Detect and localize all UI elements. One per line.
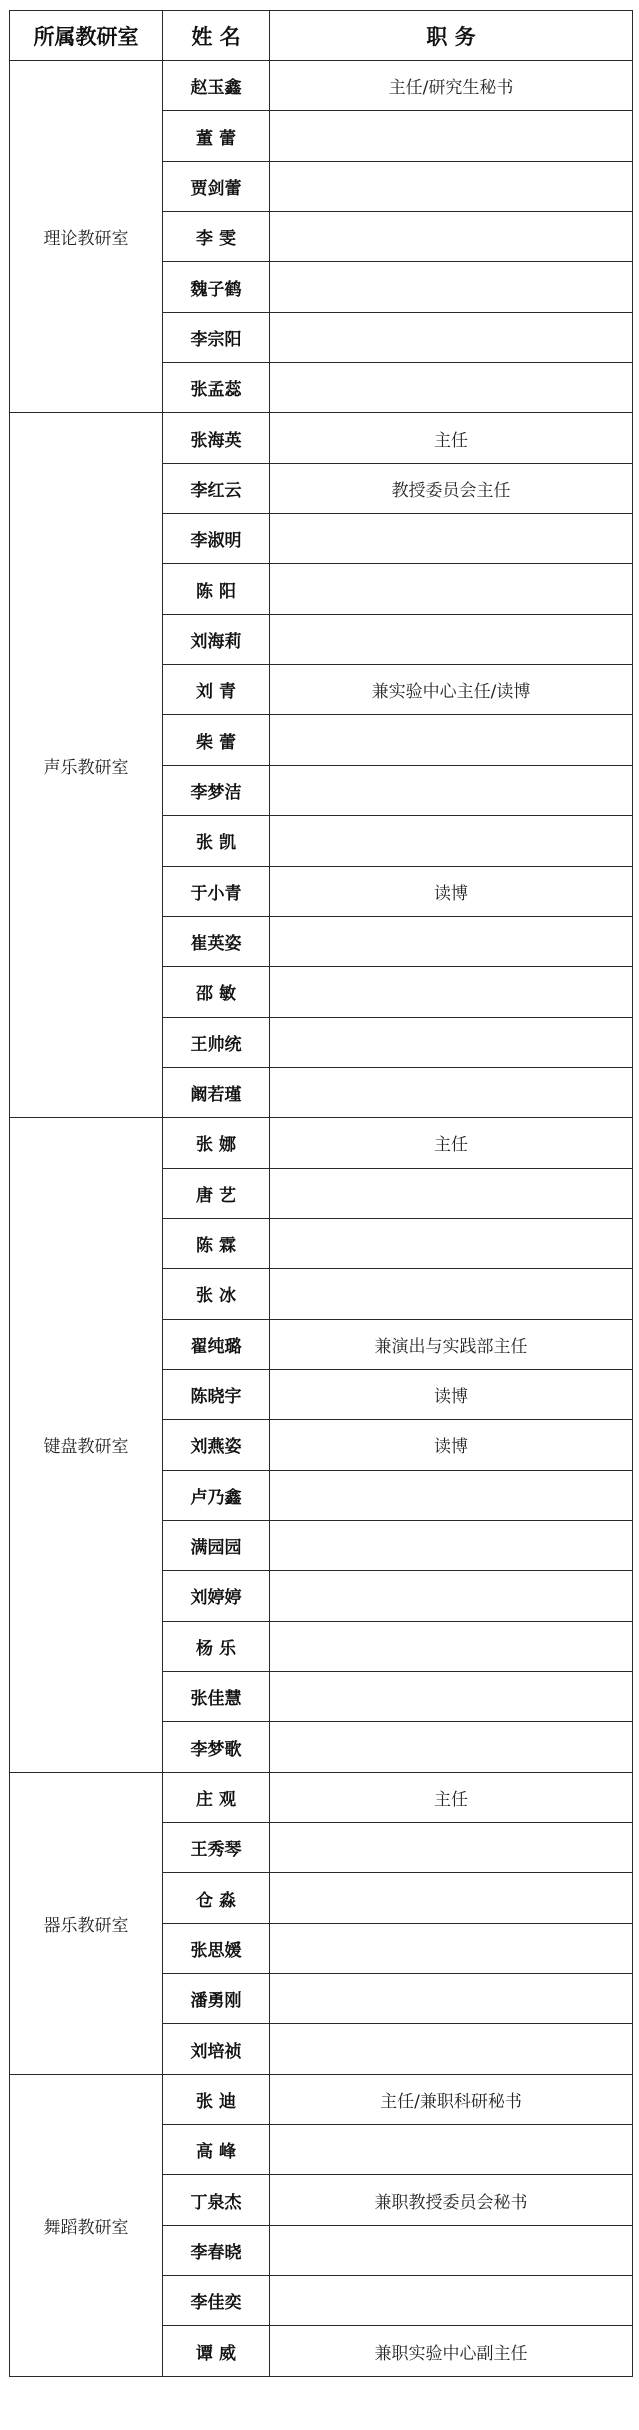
header-name: 姓 名 — [163, 11, 270, 61]
name-cell: 张思媛 — [163, 1923, 270, 1973]
table-row: 舞蹈教研室张 迪主任/兼职科研秘书 — [10, 2074, 633, 2124]
name-cell: 卢乃鑫 — [163, 1470, 270, 1520]
name-cell: 李淑明 — [163, 514, 270, 564]
faculty-roster-table: 所属教研室 姓 名 职 务 理论教研室赵玉鑫主任/研究生秘书董 蕾贾剑蕾李 雯魏… — [9, 10, 633, 2377]
name-cell: 贾剑蕾 — [163, 161, 270, 211]
duty-cell — [270, 1067, 633, 1117]
table-row: 理论教研室赵玉鑫主任/研究生秘书 — [10, 61, 633, 111]
duty-cell — [270, 1017, 633, 1067]
name-cell: 董 蕾 — [163, 111, 270, 161]
department-cell: 理论教研室 — [10, 61, 163, 413]
department-cell: 声乐教研室 — [10, 413, 163, 1118]
duty-cell — [270, 161, 633, 211]
name-cell: 丁泉杰 — [163, 2175, 270, 2225]
duty-cell — [270, 1873, 633, 1923]
name-cell: 张海英 — [163, 413, 270, 463]
name-cell: 唐 艺 — [163, 1168, 270, 1218]
duty-cell — [270, 1923, 633, 1973]
name-cell: 李春晓 — [163, 2225, 270, 2275]
duty-cell: 读博 — [270, 866, 633, 916]
name-cell: 张 娜 — [163, 1118, 270, 1168]
name-cell: 王秀琴 — [163, 1823, 270, 1873]
name-cell: 柴 蕾 — [163, 715, 270, 765]
duty-cell: 主任 — [270, 1118, 633, 1168]
duty-cell — [270, 967, 633, 1017]
name-cell: 魏子鹤 — [163, 262, 270, 312]
name-cell: 陈 霖 — [163, 1218, 270, 1268]
roster-body: 理论教研室赵玉鑫主任/研究生秘书董 蕾贾剑蕾李 雯魏子鹤李宗阳张孟蕊声乐教研室张… — [10, 61, 633, 2377]
name-cell: 刘婷婷 — [163, 1571, 270, 1621]
duty-cell: 教授委员会主任 — [270, 463, 633, 513]
name-cell: 王帅统 — [163, 1017, 270, 1067]
header-duty: 职 务 — [270, 11, 633, 61]
duty-cell — [270, 1520, 633, 1570]
department-cell: 键盘教研室 — [10, 1118, 163, 1772]
duty-cell — [270, 1168, 633, 1218]
name-cell: 庄 观 — [163, 1772, 270, 1822]
name-cell: 李佳奕 — [163, 2276, 270, 2326]
duty-cell: 读博 — [270, 1369, 633, 1419]
duty-cell — [270, 1722, 633, 1772]
department-cell: 舞蹈教研室 — [10, 2074, 163, 2376]
duty-cell — [270, 916, 633, 966]
duty-cell — [270, 1621, 633, 1671]
duty-cell — [270, 262, 633, 312]
duty-cell — [270, 765, 633, 815]
duty-cell — [270, 2125, 633, 2175]
header-department: 所属教研室 — [10, 11, 163, 61]
name-cell: 李梦歌 — [163, 1722, 270, 1772]
duty-cell — [270, 1269, 633, 1319]
name-cell: 李红云 — [163, 463, 270, 513]
name-cell: 杨 乐 — [163, 1621, 270, 1671]
duty-cell — [270, 816, 633, 866]
duty-cell — [270, 514, 633, 564]
duty-cell: 兼实验中心主任/读博 — [270, 665, 633, 715]
name-cell: 李梦洁 — [163, 765, 270, 815]
name-cell: 刘燕姿 — [163, 1420, 270, 1470]
duty-cell — [270, 312, 633, 362]
duty-cell — [270, 614, 633, 664]
duty-cell — [270, 111, 633, 161]
name-cell: 张 凯 — [163, 816, 270, 866]
name-cell: 陈晓宇 — [163, 1369, 270, 1419]
duty-cell — [270, 1470, 633, 1520]
duty-cell — [270, 1974, 633, 2024]
name-cell: 陈 阳 — [163, 564, 270, 614]
name-cell: 满园园 — [163, 1520, 270, 1570]
name-cell: 张孟蕊 — [163, 363, 270, 413]
name-cell: 赵玉鑫 — [163, 61, 270, 111]
name-cell: 阚若瑾 — [163, 1067, 270, 1117]
duty-cell: 兼职实验中心副主任 — [270, 2326, 633, 2376]
table-row: 声乐教研室张海英主任 — [10, 413, 633, 463]
name-cell: 刘 青 — [163, 665, 270, 715]
duty-cell — [270, 1672, 633, 1722]
name-cell: 张 迪 — [163, 2074, 270, 2124]
duty-cell — [270, 564, 633, 614]
duty-cell — [270, 2276, 633, 2326]
name-cell: 邵 敏 — [163, 967, 270, 1017]
duty-cell: 兼演出与实践部主任 — [270, 1319, 633, 1369]
name-cell: 谭 威 — [163, 2326, 270, 2376]
header-row: 所属教研室 姓 名 职 务 — [10, 11, 633, 61]
name-cell: 潘勇刚 — [163, 1974, 270, 2024]
duty-cell: 主任/研究生秘书 — [270, 61, 633, 111]
duty-cell — [270, 1218, 633, 1268]
duty-cell: 兼职教授委员会秘书 — [270, 2175, 633, 2225]
name-cell: 李宗阳 — [163, 312, 270, 362]
duty-cell — [270, 2024, 633, 2074]
duty-cell: 主任/兼职科研秘书 — [270, 2074, 633, 2124]
name-cell: 刘海莉 — [163, 614, 270, 664]
table-row: 键盘教研室张 娜主任 — [10, 1118, 633, 1168]
duty-cell: 主任 — [270, 413, 633, 463]
name-cell: 崔英姿 — [163, 916, 270, 966]
name-cell: 张佳慧 — [163, 1672, 270, 1722]
name-cell: 仓 淼 — [163, 1873, 270, 1923]
duty-cell — [270, 2225, 633, 2275]
name-cell: 张 冰 — [163, 1269, 270, 1319]
name-cell: 李 雯 — [163, 212, 270, 262]
table-row: 器乐教研室庄 观主任 — [10, 1772, 633, 1822]
name-cell: 高 峰 — [163, 2125, 270, 2175]
name-cell: 于小青 — [163, 866, 270, 916]
duty-cell — [270, 1823, 633, 1873]
duty-cell — [270, 212, 633, 262]
duty-cell — [270, 1571, 633, 1621]
duty-cell — [270, 715, 633, 765]
duty-cell: 读博 — [270, 1420, 633, 1470]
duty-cell — [270, 363, 633, 413]
name-cell: 翟纯璐 — [163, 1319, 270, 1369]
name-cell: 刘培祯 — [163, 2024, 270, 2074]
department-cell: 器乐教研室 — [10, 1772, 163, 2074]
duty-cell: 主任 — [270, 1772, 633, 1822]
